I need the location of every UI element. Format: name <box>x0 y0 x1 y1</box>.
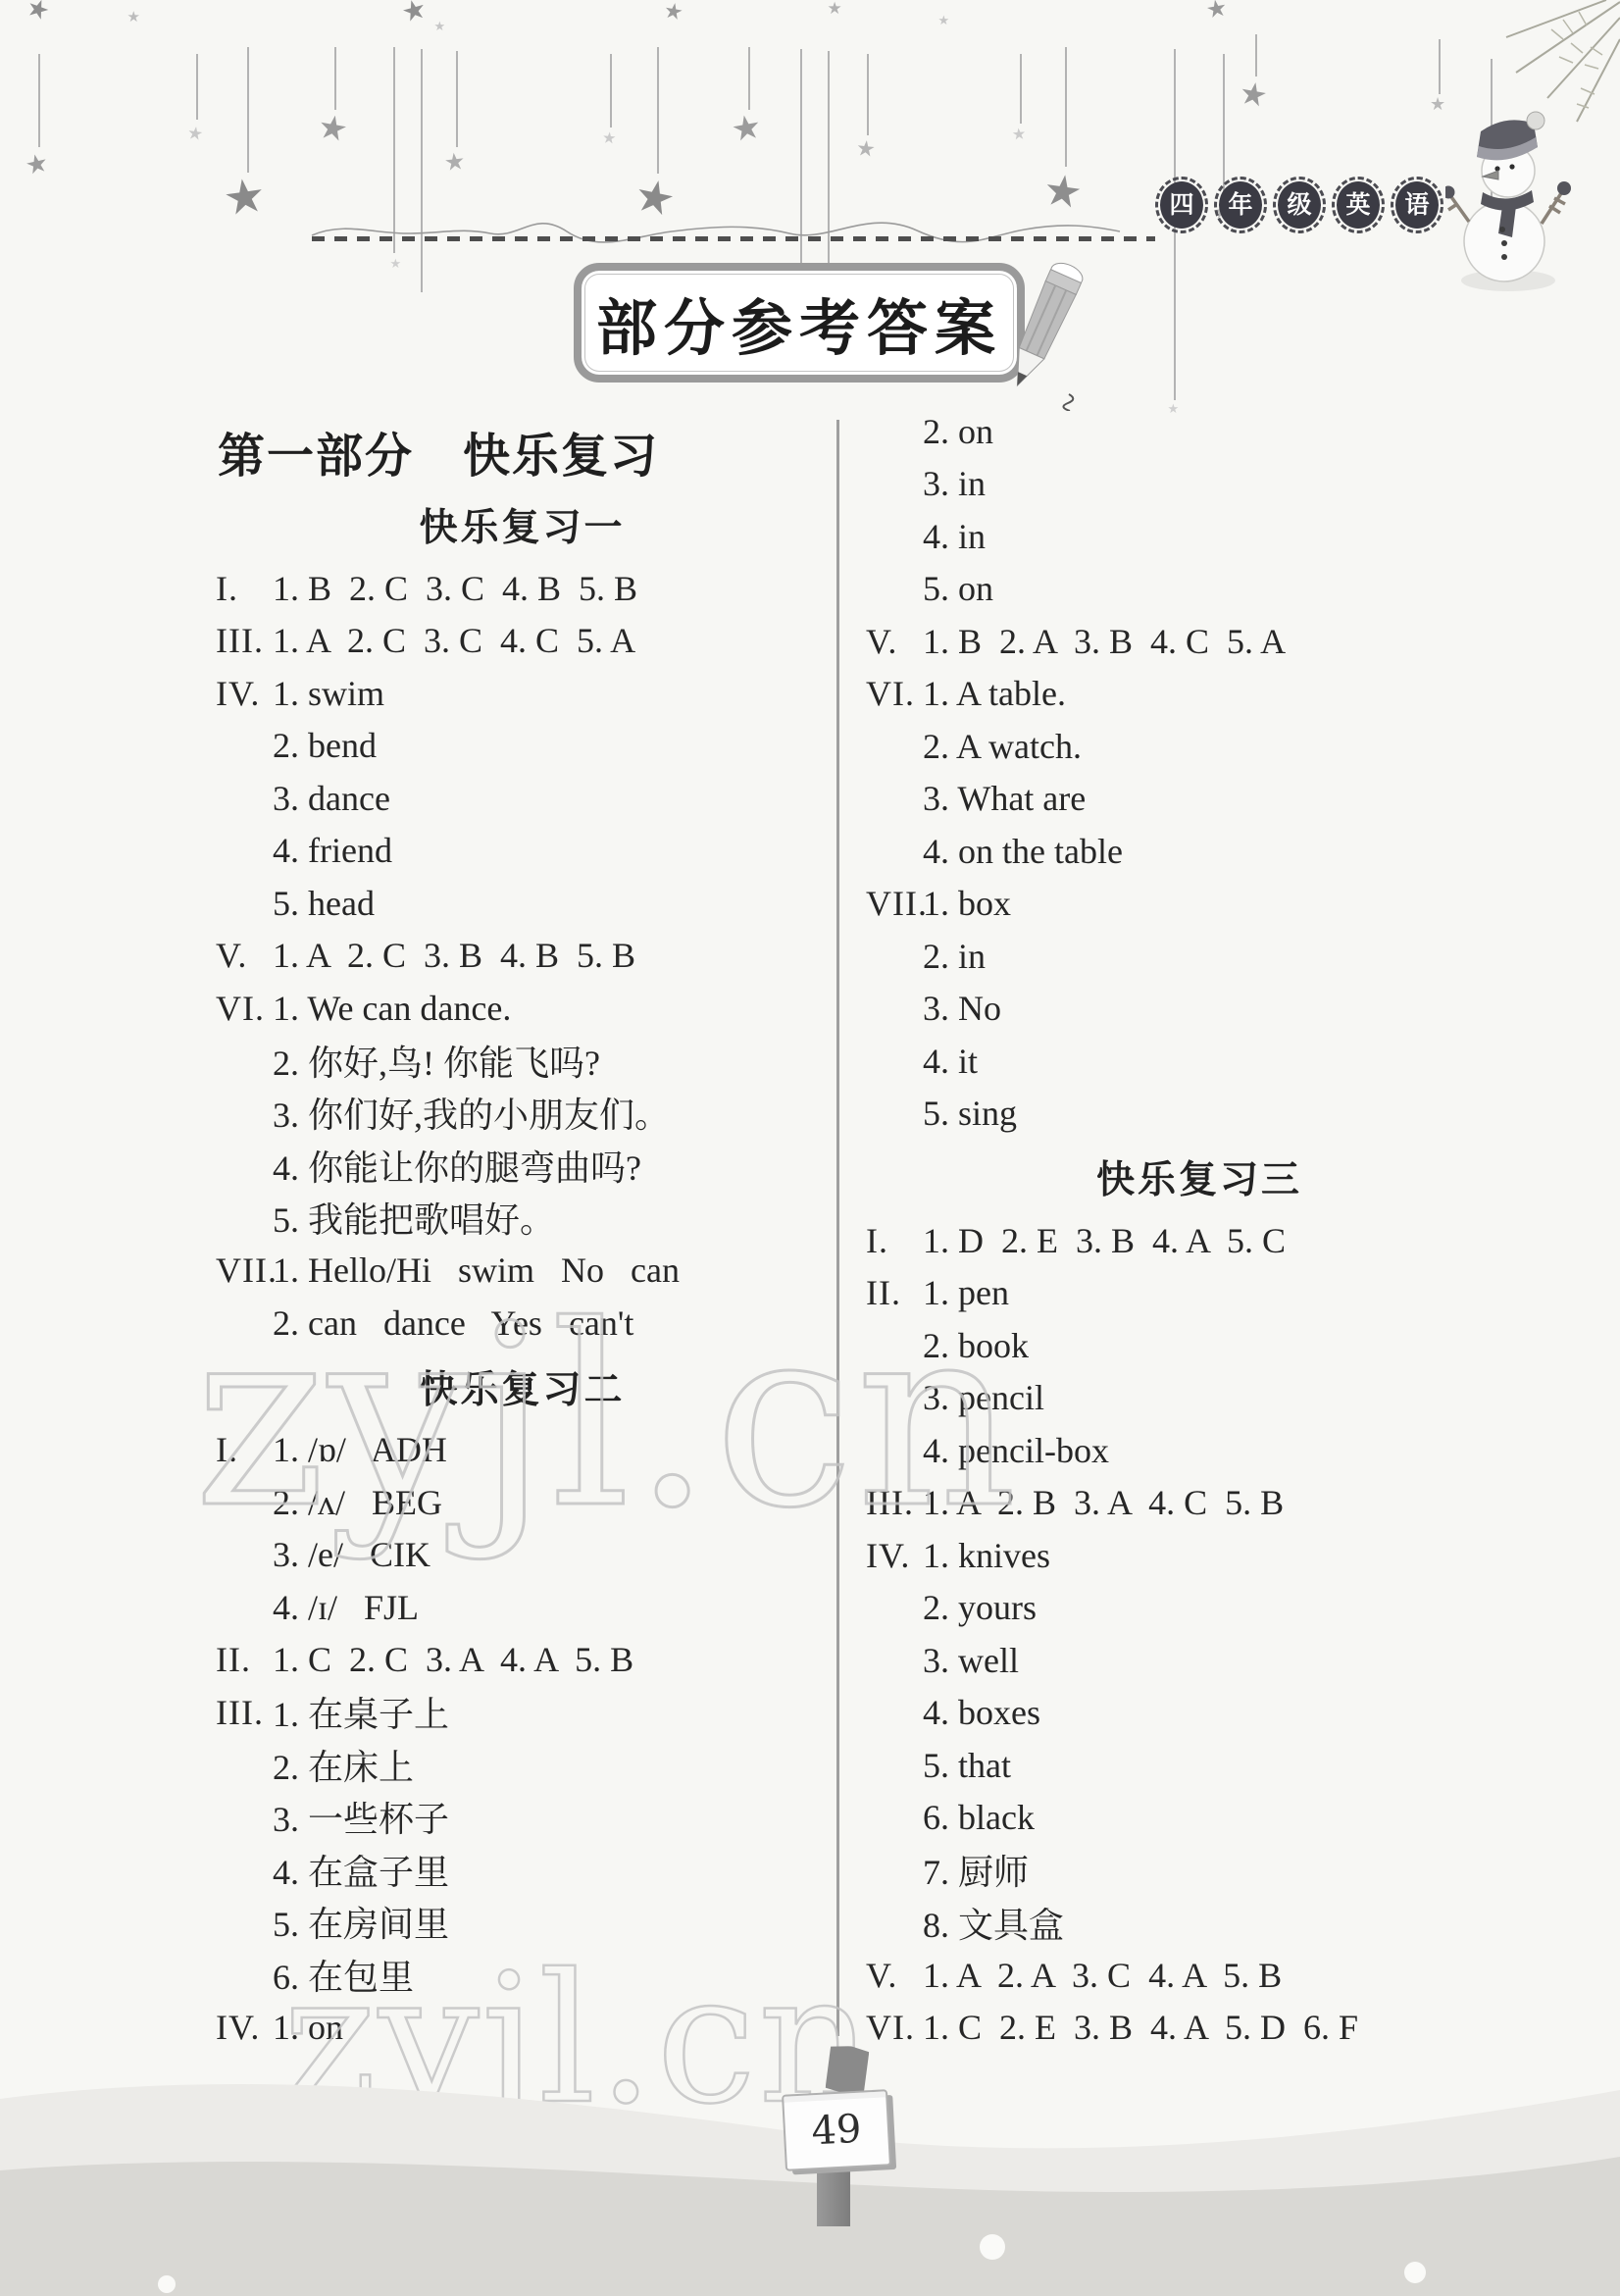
section-heading: 快乐复习二 <box>216 1350 829 1424</box>
answer-line: 2. A watch. <box>866 720 1533 773</box>
roman-numeral-label: V. <box>216 935 273 976</box>
page-number-sign: 49 <box>782 2089 891 2171</box>
answer-line: I.1. /ɒ/ ADH <box>216 1424 829 1477</box>
answer-line: 7. 厨师 <box>866 1844 1533 1897</box>
answer-line: 4. 你能让你的腿弯曲吗? <box>216 1140 829 1193</box>
answer-text: 5. that <box>923 1745 1011 1786</box>
answer-line: II.1. pen <box>866 1267 1533 1320</box>
answer-line: IV.1. swim <box>216 667 829 720</box>
answer-text: 2. bend <box>273 725 377 766</box>
answer-line: 4. pencil-box <box>866 1424 1533 1477</box>
answer-line: 2. can dance Yes can't <box>216 1297 829 1350</box>
answer-text: 1. knives <box>923 1535 1050 1576</box>
answer-text: 3. No <box>923 988 1001 1029</box>
roman-numeral-label: V. <box>866 621 923 662</box>
answer-line: 5. that <box>866 1739 1533 1792</box>
answer-text: 3. pencil <box>923 1377 1044 1418</box>
roman-numeral-label: III. <box>216 620 273 661</box>
answer-line: 2. bend <box>216 720 829 773</box>
answer-line: 4. boxes <box>866 1687 1533 1740</box>
answer-line: 4. in <box>866 510 1533 563</box>
answer-line: 4. it <box>866 1035 1533 1088</box>
answer-line: 3. well <box>866 1634 1533 1687</box>
answer-text: 1. box <box>923 883 1011 924</box>
answer-text: 2. can dance Yes can't <box>273 1302 633 1344</box>
answer-line: 4. /ɪ/ FJL <box>216 1581 829 1634</box>
answer-text: 1. Hello/Hi swim No can <box>273 1250 680 1291</box>
answer-line: 2. on <box>866 405 1533 458</box>
answer-text: 2. yours <box>923 1587 1037 1628</box>
answer-line: V.1. A 2. A 3. C 4. A 5. B <box>866 1949 1533 2002</box>
answer-text: 3. in <box>923 463 986 504</box>
answer-text: 1. 在桌子上 <box>273 1687 449 1737</box>
grade-badge-circle: 级 <box>1273 177 1326 233</box>
section-heading: 快乐复习三 <box>866 1140 1533 1214</box>
answer-text: 5. 在房间里 <box>273 1897 449 1947</box>
answer-text: 4. 在盒子里 <box>273 1845 449 1895</box>
answer-text: 2. /ʌ/ BEG <box>273 1482 442 1523</box>
answer-text: 3. 一些杯子 <box>273 1792 449 1842</box>
answer-line: 2. book <box>866 1319 1533 1372</box>
answer-line: I.1. B 2. C 3. C 4. B 5. B <box>216 562 829 615</box>
grade-badge-circle: 四 <box>1155 177 1208 233</box>
page-title: 部分参考答案 <box>596 280 1002 367</box>
answer-line: III.1. A 2. B 3. A 4. C 5. B <box>866 1477 1533 1530</box>
answers-column-right: 2. on3. in4. in5. onV.1. B 2. A 3. B 4. … <box>866 405 1533 2054</box>
roman-numeral-label: IV. <box>866 1535 923 1576</box>
answer-text: 1. /ɒ/ ADH <box>273 1429 447 1470</box>
answer-line: VII.1. Hello/Hi swim No can <box>216 1245 829 1298</box>
badge-char: 语 <box>1404 193 1429 218</box>
answer-text: 3. /e/ CIK <box>273 1534 430 1575</box>
roman-numeral-label: VI. <box>216 988 273 1029</box>
answer-line: 8. 文具盒 <box>866 1897 1533 1950</box>
badge-char: 级 <box>1287 193 1311 218</box>
answer-text: 6. black <box>923 1797 1035 1838</box>
answer-line: 2. 在床上 <box>216 1739 829 1792</box>
header-dashed-rule <box>312 236 1155 241</box>
answer-text: 1. C 2. C 3. A 4. A 5. B <box>273 1639 633 1680</box>
roman-numeral-label: IV. <box>216 673 273 714</box>
answer-text: 2. on <box>923 411 993 452</box>
answer-line: III.1. 在桌子上 <box>216 1686 829 1739</box>
answer-line: VI.1. We can dance. <box>216 982 829 1035</box>
roman-numeral-label: I. <box>216 568 273 609</box>
answer-text: 1. A 2. C 3. B 4. B 5. B <box>273 935 635 976</box>
roman-numeral-label: I. <box>216 1429 273 1470</box>
answer-text: 1. A table. <box>923 673 1066 714</box>
document-page: ★★★★★★★★★★★★★★★★★★★★★★★★★ 四 年 级 英 语 <box>0 0 1620 2296</box>
badge-char: 年 <box>1228 193 1252 218</box>
answer-text: 1. B 2. A 3. B 4. C 5. A <box>923 621 1286 662</box>
answer-line: 5. on <box>866 563 1533 616</box>
answer-text: 3. dance <box>273 778 390 819</box>
answer-text: 4. on the table <box>923 831 1123 872</box>
roman-numeral-label: I. <box>866 1220 923 1261</box>
answer-text: 3. What are <box>923 778 1086 819</box>
roman-numeral-label: II. <box>866 1272 923 1313</box>
answer-text: 2. book <box>923 1325 1029 1366</box>
answer-line: 2. in <box>866 930 1533 983</box>
answer-line: 5. sing <box>866 1088 1533 1141</box>
answer-line: 3. No <box>866 983 1533 1036</box>
answer-text: 1. A 2. C 3. C 4. C 5. A <box>273 620 635 661</box>
roman-numeral-label: VII. <box>866 883 923 924</box>
roman-numeral-label: VI. <box>866 673 923 714</box>
answer-line: 6. 在包里 <box>216 1949 829 2002</box>
answer-text: 4. it <box>923 1041 978 1082</box>
answer-line: 6. black <box>866 1792 1533 1845</box>
answer-text: 2. A watch. <box>923 726 1082 767</box>
answer-line: 3. What are <box>866 773 1533 826</box>
grade-badge-circle: 语 <box>1391 177 1443 233</box>
answer-text: 5. on <box>923 568 993 609</box>
answer-text: 1. D 2. E 3. B 4. A 5. C <box>923 1220 1286 1261</box>
answer-text: 7. 厨师 <box>923 1845 1029 1895</box>
answer-text: 8. 文具盒 <box>923 1898 1064 1948</box>
column-divider <box>836 420 839 2036</box>
grade-badge: 四 年 级 英 语 <box>1155 177 1443 233</box>
roman-numeral-label: VII. <box>216 1250 273 1291</box>
answer-line: 2. /ʌ/ BEG <box>216 1476 829 1529</box>
answer-text: 1. A 2. A 3. C 4. A 5. B <box>923 1955 1282 1996</box>
roman-numeral-label: III. <box>216 1692 273 1733</box>
answer-line: 4. friend <box>216 825 829 878</box>
answer-text: 6. 在包里 <box>273 1950 414 2000</box>
answer-line: 4. 在盒子里 <box>216 1844 829 1897</box>
answer-line: 3. /e/ CIK <box>216 1529 829 1582</box>
answer-text: 5. head <box>273 883 375 924</box>
answer-line: 3. in <box>866 458 1533 511</box>
snowman-illustration <box>1445 94 1573 295</box>
answers-column-left: 快乐复习一I.1. B 2. C 3. C 4. B 5. BIII.1. A … <box>216 487 829 2054</box>
answer-text: 4. boxes <box>923 1692 1040 1733</box>
answer-text: 4. pencil-box <box>923 1430 1109 1471</box>
roman-numeral-label: V. <box>866 1955 923 1996</box>
answer-text: 1. We can dance. <box>273 988 511 1029</box>
answer-line: VI.1. A table. <box>866 668 1533 721</box>
answer-line: III.1. A 2. C 3. C 4. C 5. A <box>216 615 829 668</box>
grade-badge-circle: 年 <box>1214 177 1267 233</box>
answer-line: 5. 在房间里 <box>216 1896 829 1949</box>
answer-line: 2. 你好,鸟! 你能飞吗? <box>216 1035 829 1088</box>
sign-flag <box>825 2045 869 2095</box>
roman-numeral-label: II. <box>216 1639 273 1680</box>
answer-text: 4. in <box>923 516 986 557</box>
answer-line: IV.1. knives <box>866 1529 1533 1582</box>
answer-text: 2. 在床上 <box>273 1740 414 1790</box>
answer-line: 3. 一些杯子 <box>216 1791 829 1844</box>
answer-text: 4. 你能让你的腿弯曲吗? <box>273 1141 641 1191</box>
answer-line: 4. on the table <box>866 825 1533 878</box>
page-number: 49 <box>810 2107 862 2155</box>
page-title-box: 部分参考答案 <box>574 263 1025 383</box>
roman-numeral-label: III. <box>866 1482 923 1523</box>
wavy-line <box>0 0 1620 294</box>
badge-char: 英 <box>1345 193 1370 218</box>
answer-text: 2. 你好,鸟! 你能飞吗? <box>273 1036 600 1086</box>
answer-text: 3. 你们好,我的小朋友们。 <box>273 1088 670 1138</box>
badge-char: 四 <box>1169 193 1193 218</box>
answer-text: 5. 我能把歌唱好。 <box>273 1193 555 1243</box>
answer-line: VII.1. box <box>866 878 1533 931</box>
pencil-icon <box>983 249 1110 411</box>
answer-line: V.1. B 2. A 3. B 4. C 5. A <box>866 615 1533 668</box>
answer-line: 3. 你们好,我的小朋友们。 <box>216 1087 829 1140</box>
answer-line: 5. 我能把歌唱好。 <box>216 1192 829 1245</box>
answer-line: 3. pencil <box>866 1372 1533 1425</box>
answer-text: 1. swim <box>273 673 384 714</box>
section-heading: 快乐复习一 <box>216 487 829 562</box>
part-title: 第一部分 快乐复习 <box>218 418 659 485</box>
sign-post <box>817 2160 850 2226</box>
answer-text: 5. sing <box>923 1093 1017 1134</box>
answer-text: 1. A 2. B 3. A 4. C 5. B <box>923 1482 1284 1523</box>
answer-line: 3. dance <box>216 772 829 825</box>
answer-line: 5. head <box>216 877 829 930</box>
answer-text: 2. in <box>923 936 986 977</box>
answer-text: 4. /ɪ/ FJL <box>273 1587 419 1628</box>
answer-text: 4. friend <box>273 830 392 871</box>
answer-text: 1. pen <box>923 1272 1009 1313</box>
answer-line: V.1. A 2. C 3. B 4. B 5. B <box>216 930 829 983</box>
answer-line: 2. yours <box>866 1582 1533 1635</box>
answer-line: II.1. C 2. C 3. A 4. A 5. B <box>216 1634 829 1687</box>
answer-line: I.1. D 2. E 3. B 4. A 5. C <box>866 1214 1533 1267</box>
answer-text: 3. well <box>923 1640 1019 1681</box>
answer-text: 1. B 2. C 3. C 4. B 5. B <box>273 568 637 609</box>
grade-badge-circle: 英 <box>1332 177 1385 233</box>
